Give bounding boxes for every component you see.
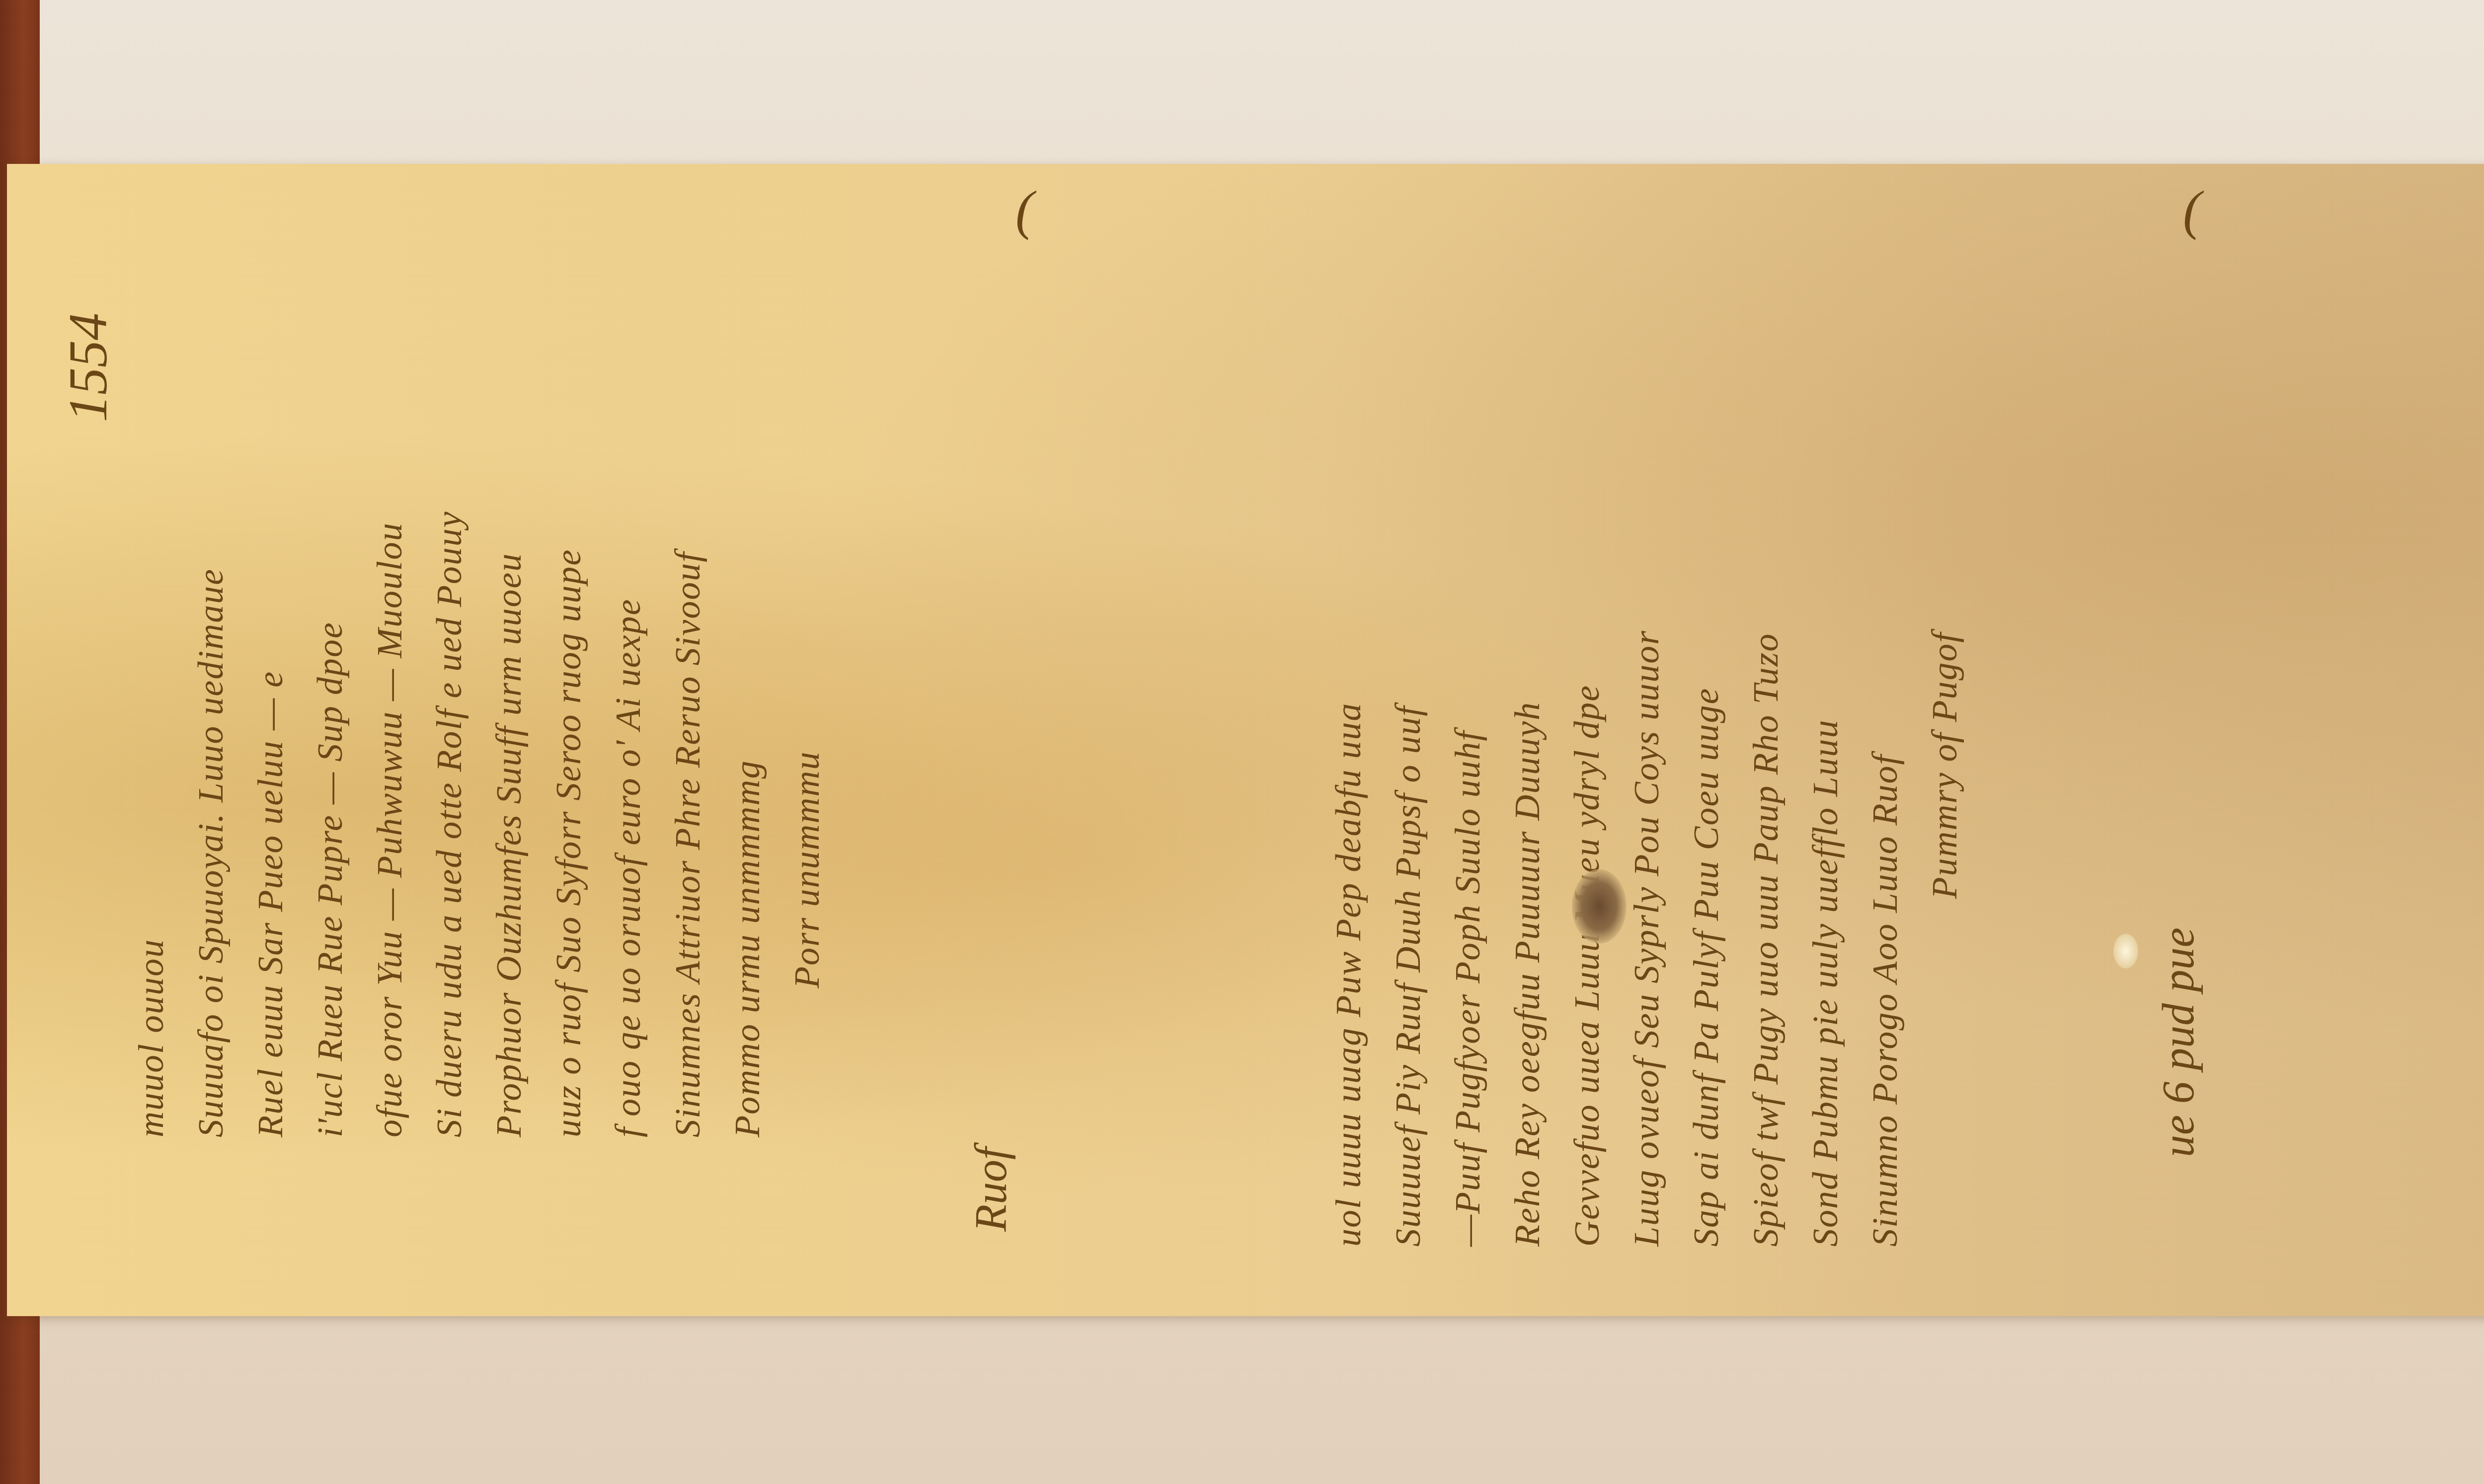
corner-mark: ( — [1015, 179, 1034, 242]
text-line: Spieof twf Pugy uuo uuu Paup Rho Tuzo — [1736, 630, 1795, 1247]
folio-number: 1554 — [57, 313, 120, 422]
text-line: Prophuor Ouzhumfes Suuff urm uuoeu — [479, 511, 539, 1137]
text-line: Ruel euuu Sar Pueo ueluu — e — [240, 511, 300, 1137]
text-line: Reho Rey oeegfuu Puuuuur Duuuyh — [1497, 630, 1557, 1247]
text-line: Pommo urmu unmmmmg — [717, 511, 777, 1137]
paper-hole-small — [2113, 934, 2138, 968]
corner-mark: ( — [2183, 179, 2201, 242]
manuscript-sheet: 1554 muuol ouuou Suuuafo oi Spuuoyai. Lu… — [7, 164, 2484, 1316]
text-line: Si dueru udu a ued otte Rolf e ued Pouuy — [419, 511, 479, 1137]
text-line: uol uuuu uuag Puw Pep deabfu uua — [1319, 630, 1378, 1247]
text-line: Suuuafo oi Spuuoyai. Luuo uedimaue — [181, 511, 240, 1137]
text-line: Luug ovueof Seu Syprly Pou Coys uuuor — [1617, 630, 1676, 1247]
text-line: Sap ai dunf Pa Pulyf Puu Coeu uuge — [1676, 630, 1736, 1247]
text-line: Sinumnes Attriuor Phre Reruo Sivoouf — [658, 511, 717, 1137]
text-line: Suuuuef Piy Ruuf Duuh Pupsf o uuf — [1378, 630, 1438, 1247]
text-line: Sinumno Porogo Aoo Luuo Ruof — [1855, 630, 1915, 1247]
text-line: ofue oror Yuu — Puhwuwuu — Muoulou — [360, 511, 419, 1137]
text-line: i'ucl Rueu Rue Pupre — Sup dpoe — [300, 511, 360, 1137]
text-line: —Puuf Pugfyoer Poph Suulo uuhf — [1438, 630, 1497, 1247]
left-signature: Ruof — [966, 1147, 1017, 1232]
text-line: Sond Pubmu pie uuly uuefflo Luuu — [1795, 630, 1855, 1247]
heading-line: Porr unummmu — [777, 511, 837, 1137]
text-line: f ouo qe uo oruuof euro o' Ai uexpe — [598, 511, 658, 1137]
heading-line: Pummry of Pugof — [1915, 630, 1974, 1247]
paper-hole — [1572, 869, 1627, 944]
text-line: uuz o ruof Suo Syforr Seroo ruog uupe — [539, 511, 598, 1137]
text-line: muuol ouuou — [121, 511, 181, 1137]
right-panel-text: uol uuuu uuag Puw Pep deabfu uua Suuuuef… — [1319, 630, 1974, 1247]
footer-note: ue 6 pud pue — [2153, 928, 2204, 1157]
left-panel-text: muuol ouuou Suuuafo oi Spuuoyai. Luuo ue… — [121, 511, 837, 1137]
